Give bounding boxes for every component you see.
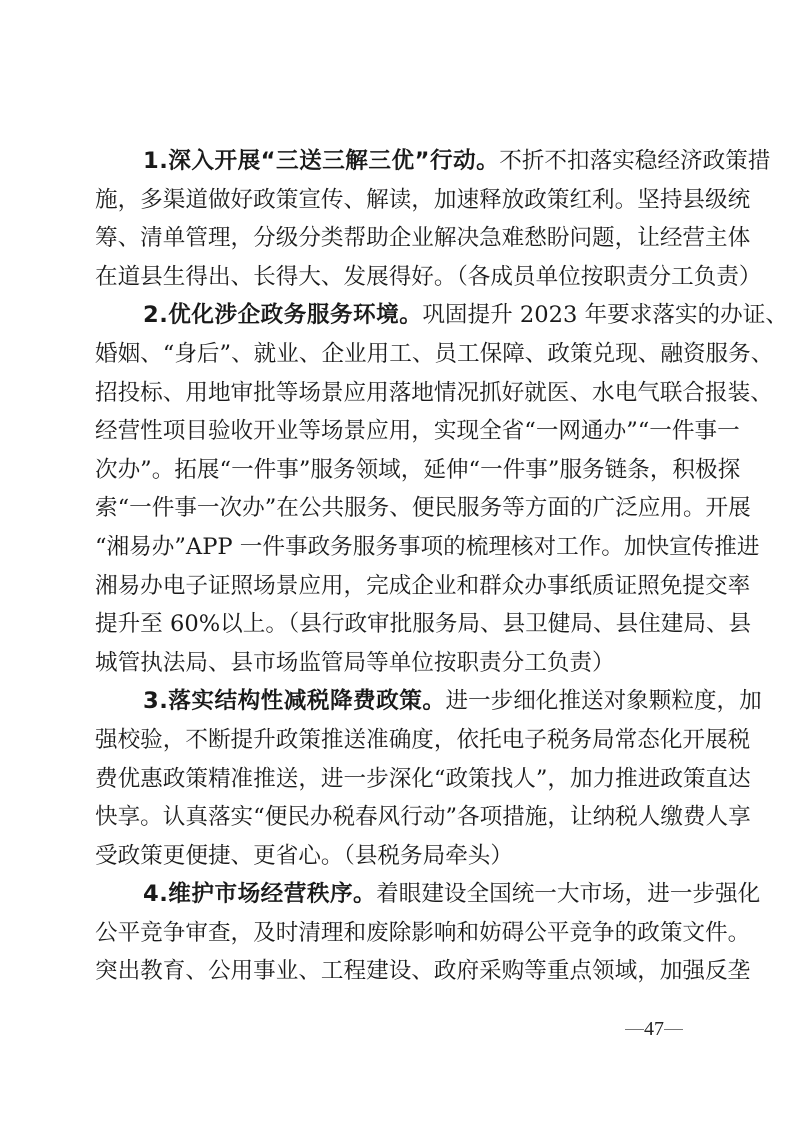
- paragraph-2-line-10: 城管执法局、县市场监管局等单位按职责分工负责）: [95, 644, 701, 683]
- paragraph-1-line-2: 施，多渠道做好政策宣传、解读，加速释放政策红利。坚持县级统: [95, 181, 701, 220]
- document-page: 1.深入开展“三送三解三优”行动。不折不扣落实稳经济政策措 施，多渠道做好政策宣…: [0, 0, 793, 1122]
- paragraph-3-line-3: 费优惠政策精准推送，进一步深化“政策找人”，加力推进政策直达: [95, 760, 701, 799]
- paragraph-2-line-1: 2.优化涉企政务服务环境。巩固提升 2023 年要求落实的办证、: [95, 296, 701, 335]
- page-number: 47: [644, 1018, 664, 1041]
- section-heading-1: 1.深入开展“三送三解三优”行动。: [143, 148, 499, 174]
- paragraph-4-line-1: 4.维护市场经营秩序。着眼建设全国统一大市场，进一步强化: [95, 875, 701, 914]
- paragraph-2-line-4: 经营性项目验收开业等场景应用，实现全省“一网通办”“一件事一: [95, 412, 701, 451]
- section-heading-4: 4.维护市场经营秩序。: [143, 881, 376, 907]
- dash-left: [625, 1029, 644, 1031]
- paragraph-2-line-7: “湘易办”APP 一件事政务服务事项的梳理核对工作。加快宣传推进: [95, 528, 701, 567]
- section-heading-3: 3.落实结构性减税降费政策。: [143, 688, 445, 714]
- paragraph-3-line-4: 快享。认真落实“便民办税春风行动”各项措施，让纳税人缴费人享: [95, 798, 701, 837]
- paragraph-1-line-4: 在道县生得出、长得大、发展得好。（各成员单位按职责分工负责）: [95, 258, 701, 297]
- paragraph-text: 着眼建设全国统一大市场，进一步强化: [376, 881, 760, 907]
- paragraph-1-line-1: 1.深入开展“三送三解三优”行动。不折不扣落实稳经济政策措: [95, 142, 701, 181]
- paragraph-4-line-3: 突出教育、公用事业、工程建设、政府采购等重点领域，加强反垄: [95, 952, 701, 991]
- paragraph-3-line-2: 强校验，不断提升政策推送准确度，依托电子税务局常态化开展税: [95, 721, 701, 760]
- page-footer: 47: [625, 1018, 683, 1041]
- paragraph-2-line-2: 婚姻、“身后”、就业、企业用工、员工保障、政策兑现、融资服务、: [95, 335, 701, 374]
- dash-right: [664, 1029, 683, 1031]
- paragraph-text: 进一步细化推送对象颗粒度，加: [445, 688, 761, 714]
- paragraph-text: 不折不扣落实稳经济政策措: [499, 148, 770, 174]
- paragraph-text: 巩固提升 2023 年要求落实的办证、: [422, 302, 788, 328]
- paragraph-2-line-5: 次办”。拓展“一件事”服务领域，延伸“一件事”服务链条，积极探: [95, 451, 701, 490]
- paragraph-2-line-6: 索“一件事一次办”在公共服务、便民服务等方面的广泛应用。开展: [95, 489, 701, 528]
- paragraph-2-line-3: 招投标、用地审批等场景应用落地情况抓好就医、水电气联合报装、: [95, 374, 701, 413]
- paragraph-2-line-9: 提升至 60%以上。（县行政审批服务局、县卫健局、县住建局、县: [95, 605, 701, 644]
- paragraph-4-line-2: 公平竞争审查，及时清理和废除影响和妨碍公平竞争的政策文件。: [95, 914, 701, 953]
- document-body: 1.深入开展“三送三解三优”行动。不折不扣落实稳经济政策措 施，多渠道做好政策宣…: [95, 142, 701, 991]
- paragraph-3-line-5: 受政策更便捷、更省心。（县税务局牵头）: [95, 837, 701, 876]
- paragraph-2-line-8: 湘易办电子证照场景应用，完成企业和群众办事纸质证照免提交率: [95, 567, 701, 606]
- paragraph-1-line-3: 筹、清单管理，分级分类帮助企业解决急难愁盼问题，让经营主体: [95, 219, 701, 258]
- section-heading-2: 2.优化涉企政务服务环境。: [143, 302, 422, 328]
- paragraph-3-line-1: 3.落实结构性减税降费政策。进一步细化推送对象颗粒度，加: [95, 682, 701, 721]
